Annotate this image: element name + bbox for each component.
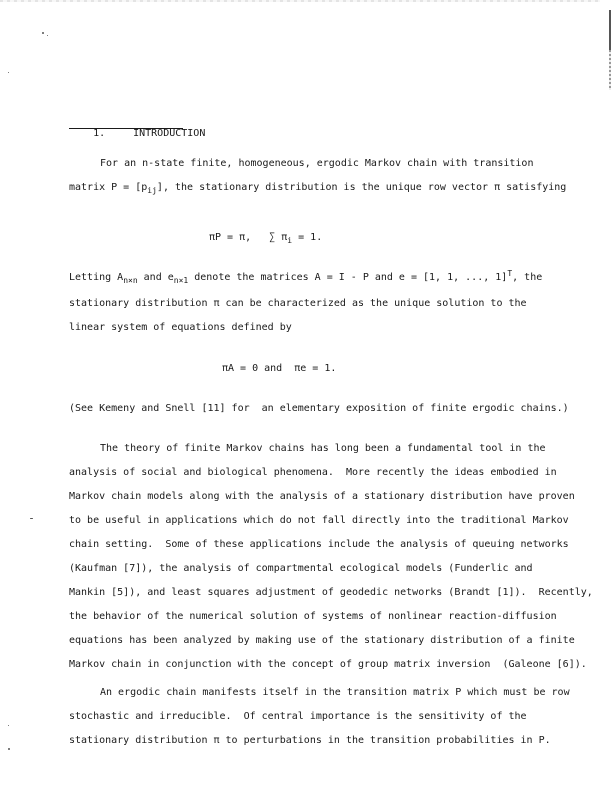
paragraph-4-line-1: The theory of finite Markov chains has l… — [100, 443, 546, 455]
paragraph-4-line-6: (Kaufman [7]), the analysis of compartme… — [69, 563, 533, 575]
text-fragment: matrix P = [p — [69, 182, 147, 193]
subscript: ij — [147, 186, 157, 195]
paragraph-4-line-9: equations has been analyzed by making us… — [69, 635, 575, 647]
scan-speck — [8, 72, 9, 73]
equation-fragment: = 1. — [292, 232, 322, 243]
scan-artifact-top — [0, 0, 600, 2]
section-heading: 1.INTRODUCTION — [69, 116, 205, 164]
paragraph-4-line-7: Mankin [5]), and least squares adjustmen… — [69, 587, 593, 599]
paragraph-5-line-1: An ergodic chain manifests itself in the… — [100, 687, 570, 699]
paragraph-4-line-8: the behavior of the numerical solution o… — [69, 611, 557, 623]
section-title: INTRODUCTION — [133, 128, 205, 139]
scan-speck — [8, 725, 9, 726]
scan-speck — [42, 32, 44, 34]
paragraph-1-line-1: For an n-state finite, homogeneous, ergo… — [100, 158, 533, 170]
paragraph-2-line-3: linear system of equations defined by — [69, 322, 292, 334]
paragraph-3: (See Kemeny and Snell [11] for an elemen… — [69, 403, 569, 415]
text-fragment: Letting A — [69, 272, 123, 283]
equation-left: πP = π, — [209, 232, 251, 243]
paragraph-2-line-1: Letting An×n and en×1 denote the matrice… — [69, 272, 542, 284]
equation-fragment: π — [275, 232, 287, 243]
scan-speck — [47, 35, 48, 36]
paragraph-4-line-3: Markov chain models along with the analy… — [69, 491, 575, 503]
text-fragment: denote the matrices A = I - P and e = [1… — [188, 272, 507, 283]
text-fragment: , the — [512, 272, 542, 283]
scan-speck — [30, 518, 33, 519]
paragraph-4-line-10: Markov chain in conjunction with the con… — [69, 659, 587, 671]
document-page: 1.INTRODUCTION For an n-state finite, ho… — [0, 0, 612, 791]
equation-stationary: πP = π, ∑ πi = 1. — [209, 232, 322, 244]
section-number: 1. — [93, 128, 133, 140]
scan-artifact-right-edge-lower — [609, 50, 611, 90]
paragraph-5-line-3: stationary distribution π to perturbatio… — [69, 735, 551, 747]
paragraph-1-line-2: matrix P = [pij], the stationary distrib… — [69, 182, 566, 194]
text-fragment: and e — [138, 272, 174, 283]
paragraph-4-line-2: analysis of social and biological phenom… — [69, 467, 557, 479]
scan-artifact-right-edge — [609, 10, 611, 50]
paragraph-4-line-4: to be useful in applications which do no… — [69, 515, 569, 527]
paragraph-5-line-2: stochastic and irreducible. Of central i… — [69, 711, 527, 723]
heading-underline — [69, 128, 183, 129]
paragraph-2-line-2: stationary distribution π can be charact… — [69, 298, 527, 310]
subscript: n×n — [123, 276, 137, 285]
scan-speck — [8, 748, 10, 750]
subscript: n×1 — [174, 276, 188, 285]
equation-linear-system: πA = 0 and πe = 1. — [222, 363, 336, 375]
paragraph-4-line-5: chain setting. Some of these application… — [69, 539, 569, 551]
text-fragment: ], the stationary distribution is the un… — [157, 182, 566, 193]
